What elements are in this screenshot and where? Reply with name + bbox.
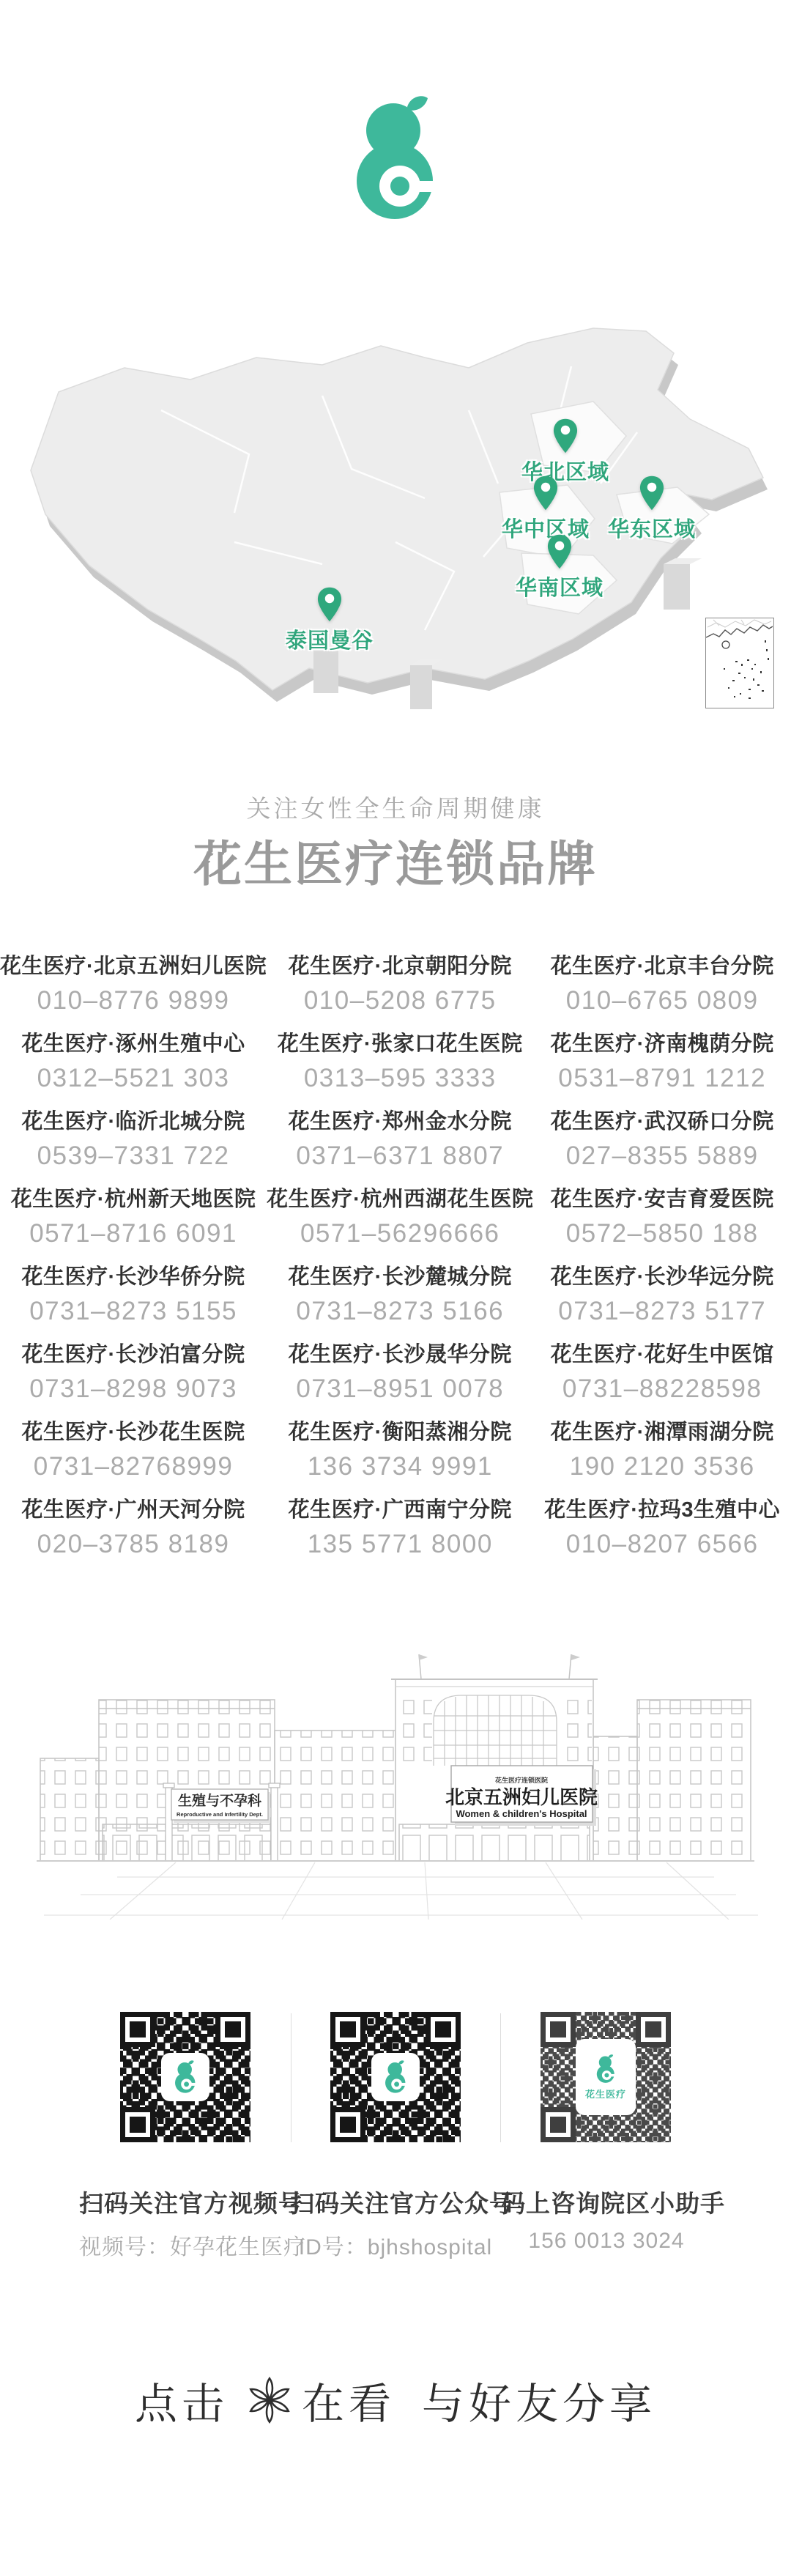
- hospital-name: 花生医疗·长沙花生医院: [0, 1415, 267, 1446]
- region-label: 华东区域: [608, 513, 696, 543]
- qr-code-row: 花生医疗: [114, 2006, 677, 2148]
- hospital-phone: 0312–5521 303: [0, 1064, 267, 1093]
- hospital-name: 花生医疗·长沙麓城分院: [267, 1260, 533, 1290]
- hospital-phone: 0731–82768999: [0, 1452, 267, 1481]
- qr-code-official-account: [324, 2006, 467, 2148]
- qr-label-subtitle: 156 0013 3024: [501, 2229, 712, 2254]
- hospital-phone: 010–8207 6566: [533, 1530, 791, 1559]
- hospital-item: 花生医疗·广州天河分院020–3785 8189: [0, 1493, 267, 1571]
- qr-center-logo: 花生医疗: [579, 2042, 633, 2112]
- hospital-name: 花生医疗·花好生中医馆: [533, 1338, 791, 1368]
- main-sign-text: 北京五洲妇儿医院: [445, 1786, 598, 1808]
- region-label: 华南区域: [516, 571, 604, 602]
- hospital-phone: 010–8776 9899: [0, 986, 267, 1015]
- peanut-icon: [174, 2059, 196, 2095]
- hospital-name: 花生医疗·长沙晟华分院: [267, 1338, 533, 1368]
- hospital-item: 花生医疗·长沙晟华分院0731–8951 0078: [267, 1338, 533, 1415]
- qr-finder-icon: [541, 2012, 576, 2047]
- qr-finder-icon: [215, 2012, 250, 2047]
- hospital-phone: 020–3785 8189: [0, 1530, 267, 1559]
- hospital-building-illustration: 生殖与不孕科 Reproductive and Infertility Dept…: [29, 1648, 762, 1920]
- qr-label-title: 扫码关注官方视频号: [79, 2185, 290, 2219]
- qr-finder-icon: [541, 2107, 576, 2142]
- qr-label-row: 扫码关注官方视频号 视频号：好孕花生医疗 扫码关注官方公众号 ID号：bjhsh…: [0, 2185, 791, 2261]
- map-pin-south-china: 华南区域: [516, 533, 604, 602]
- hospital-name: 花生医疗·郑州金水分院: [267, 1105, 533, 1135]
- map-pin-east-china: 华东区域: [608, 475, 696, 543]
- hospital-phone: 0572–5850 188: [533, 1219, 791, 1248]
- map-pin-bangkok: 泰国曼谷: [286, 586, 374, 654]
- share-cta[interactable]: 点击 在看 与好友分享: [0, 2369, 791, 2431]
- hospital-name: 花生医疗·临沂北城分院: [0, 1105, 267, 1135]
- share-suffix: 与好友分享: [422, 2369, 656, 2431]
- qr-label-official-account: 扫码关注官方公众号 ID号：bjhshospital: [290, 2185, 501, 2261]
- page-subtitle: 关注女性全生命周期健康: [0, 790, 791, 824]
- hospital-item: 花生医疗·北京朝阳分院010–5208 6775: [267, 950, 533, 1027]
- qr-label-title: 码上咨询院区小助手: [501, 2185, 712, 2219]
- qr-code-video-channel: [114, 2006, 256, 2148]
- qr-finder-icon: [120, 2012, 155, 2047]
- hospital-name: 花生医疗·长沙泊富分院: [0, 1338, 267, 1368]
- main-sign-en-text: Women & children's Hospital: [456, 1808, 587, 1819]
- location-pin-icon: [316, 586, 343, 623]
- hospital-phone: 0313–595 3333: [267, 1064, 533, 1093]
- hospital-name: 花生医疗·长沙华远分院: [533, 1260, 791, 1290]
- location-pin-icon: [552, 418, 579, 454]
- region-label: 泰国曼谷: [286, 624, 374, 654]
- share-action[interactable]: 在看: [302, 2369, 395, 2431]
- hospital-name: 花生医疗·北京五洲妇儿医院: [0, 950, 267, 980]
- hospital-item: 花生医疗·北京丰台分院010–6765 0809: [533, 950, 791, 1027]
- hospital-phone: 0731–8273 5177: [533, 1297, 791, 1326]
- hospital-phone: 135 5771 8000: [267, 1530, 533, 1559]
- hospital-item: 花生医疗·杭州新天地医院0571–8716 6091: [0, 1182, 267, 1260]
- qr-label-assistant: 码上咨询院区小助手 156 0013 3024: [501, 2185, 712, 2261]
- qr-finder-icon: [330, 2107, 365, 2142]
- hospital-phone: 0731–8298 9073: [0, 1374, 267, 1404]
- hospital-item: 花生医疗·拉玛3生殖中心010–8207 6566: [533, 1493, 791, 1571]
- hospital-phone: 0731–8951 0078: [267, 1374, 533, 1404]
- hospital-name: 花生医疗·北京朝阳分院: [267, 950, 533, 980]
- qr-label-title: 扫码关注官方公众号: [290, 2185, 501, 2219]
- hospital-item: 花生医疗·张家口花生医院0313–595 3333: [267, 1027, 533, 1105]
- poster-page: 华北区域 华中区域 华东区域 华南区域 泰国曼谷: [0, 0, 791, 2576]
- hospital-name: 花生医疗·济南槐荫分院: [533, 1027, 791, 1057]
- hospital-directory: 花生医疗·北京五洲妇儿医院010–8776 9899 花生医疗·北京朝阳分院01…: [0, 950, 791, 1571]
- main-sign: 花生医疗连锁医院 北京五洲妇儿医院 Women & children's Hos…: [445, 1766, 598, 1826]
- qr-center-logo: [164, 2056, 207, 2098]
- hospital-phone: 0731–8273 5166: [267, 1297, 533, 1326]
- location-pin-icon: [546, 533, 573, 570]
- hospital-name: 花生医疗·张家口花生医院: [267, 1027, 533, 1057]
- hospital-item: 花生医疗·武汉硚口分院027–8355 5889: [533, 1105, 791, 1182]
- hospital-phone: 010–6765 0809: [533, 986, 791, 1015]
- hospital-phone: 0731–8273 5155: [0, 1297, 267, 1326]
- brand-logo: [354, 92, 437, 226]
- hospital-name: 花生医疗·湘潭雨湖分院: [533, 1415, 791, 1446]
- hospital-item: 花生医疗·安吉育爱医院0572–5850 188: [533, 1182, 791, 1260]
- hospital-item: 花生医疗·涿州生殖中心0312–5521 303: [0, 1027, 267, 1105]
- hospital-item: 花生医疗·长沙花生医院0731–82768999: [0, 1415, 267, 1493]
- hospital-item: 花生医疗·长沙华侨分院0731–8273 5155: [0, 1260, 267, 1338]
- hospital-name: 花生医疗·广西南宁分院: [267, 1493, 533, 1523]
- qr-label-video-channel: 扫码关注官方视频号 视频号：好孕花生医疗: [79, 2185, 290, 2261]
- hospital-name: 花生医疗·长沙华侨分院: [0, 1260, 267, 1290]
- share-prefix: 点击: [135, 2369, 229, 2431]
- hospital-item: 花生医疗·郑州金水分院0371–6371 8807: [267, 1105, 533, 1182]
- hospital-item: 花生医疗·长沙华远分院0731–8273 5177: [533, 1260, 791, 1338]
- hospital-item: 花生医疗·北京五洲妇儿医院010–8776 9899: [0, 950, 267, 1027]
- location-pin-icon: [639, 475, 665, 511]
- hospital-phone: 027–8355 5889: [533, 1141, 791, 1171]
- hospital-phone: 0371–6371 8807: [267, 1141, 533, 1171]
- divider: [500, 2013, 501, 2142]
- hospital-phone: 136 3734 9991: [267, 1452, 533, 1481]
- hospital-phone: 0539–7331 722: [0, 1141, 267, 1171]
- qr-finder-icon: [426, 2012, 461, 2047]
- hospital-name: 花生医疗·北京丰台分院: [533, 950, 791, 980]
- hospital-phone: 0571–8716 6091: [0, 1219, 267, 1248]
- qr-finder-icon: [120, 2107, 155, 2142]
- hospital-item: 花生医疗·花好生中医馆0731–88228598: [533, 1338, 791, 1415]
- qr-finder-icon: [330, 2012, 365, 2047]
- hospital-item: 花生医疗·湘潭雨湖分院190 2120 3536: [533, 1415, 791, 1493]
- hospital-item: 花生医疗·长沙麓城分院0731–8273 5166: [267, 1260, 533, 1338]
- qr-label-subtitle: ID号：bjhshospital: [290, 2229, 501, 2261]
- hospital-name: 花生医疗·涿州生殖中心: [0, 1027, 267, 1057]
- hospital-name: 花生医疗·安吉育爱医院: [533, 1182, 791, 1213]
- hospital-item: 花生医疗·济南槐荫分院0531–8791 1212: [533, 1027, 791, 1105]
- hospital-phone: 010–5208 6775: [267, 986, 533, 1015]
- hospital-phone: 0731–88228598: [533, 1374, 791, 1404]
- hospital-name: 花生医疗·拉玛3生殖中心: [533, 1493, 791, 1523]
- hospital-phone: 0531–8791 1212: [533, 1064, 791, 1093]
- south-china-sea-inset-map: [705, 618, 774, 708]
- hospital-phone: 0571–56296666: [267, 1219, 533, 1248]
- left-sign-en-text: Reproductive and Infertility Dept.: [177, 1811, 263, 1818]
- hospital-name: 花生医疗·武汉硚口分院: [533, 1105, 791, 1135]
- qr-center-caption: 花生医疗: [585, 2087, 626, 2101]
- hospital-name: 花生医疗·衡阳蒸湘分院: [267, 1415, 533, 1446]
- hospital-name: 花生医疗·杭州新天地医院: [0, 1182, 267, 1213]
- hospital-item: 花生医疗·长沙泊富分院0731–8298 9073: [0, 1338, 267, 1415]
- qr-finder-icon: [636, 2012, 671, 2047]
- hospital-phone: 190 2120 3536: [533, 1452, 791, 1481]
- peanut-icon: [385, 2059, 406, 2095]
- qr-label-subtitle: 视频号：好孕花生医疗: [79, 2229, 290, 2261]
- main-sign-top-text: 花生医疗连锁医院: [494, 1776, 549, 1784]
- hospital-name: 花生医疗·广州天河分院: [0, 1493, 267, 1523]
- peanut-icon: [596, 2054, 615, 2084]
- hospital-name: 花生医疗·杭州西湖花生医院: [267, 1182, 533, 1213]
- hospital-item: 花生医疗·杭州西湖花生医院0571–56296666: [267, 1182, 533, 1260]
- wow-flower-icon[interactable]: [245, 2375, 294, 2425]
- page-title: 花生医疗连锁品牌: [0, 825, 791, 895]
- hospital-item: 花生医疗·临沂北城分院0539–7331 722: [0, 1105, 267, 1182]
- divider: [291, 2013, 291, 2142]
- hospital-item: 花生医疗·衡阳蒸湘分院136 3734 9991: [267, 1415, 533, 1493]
- left-sign-text: 生殖与不孕科: [178, 1792, 262, 1809]
- qr-code-assistant: 花生医疗: [535, 2006, 677, 2148]
- peanut-icon: [354, 92, 437, 226]
- hospital-item: 花生医疗·广西南宁分院135 5771 8000: [267, 1493, 533, 1571]
- location-pin-icon: [532, 475, 559, 511]
- qr-center-logo: [374, 2056, 417, 2098]
